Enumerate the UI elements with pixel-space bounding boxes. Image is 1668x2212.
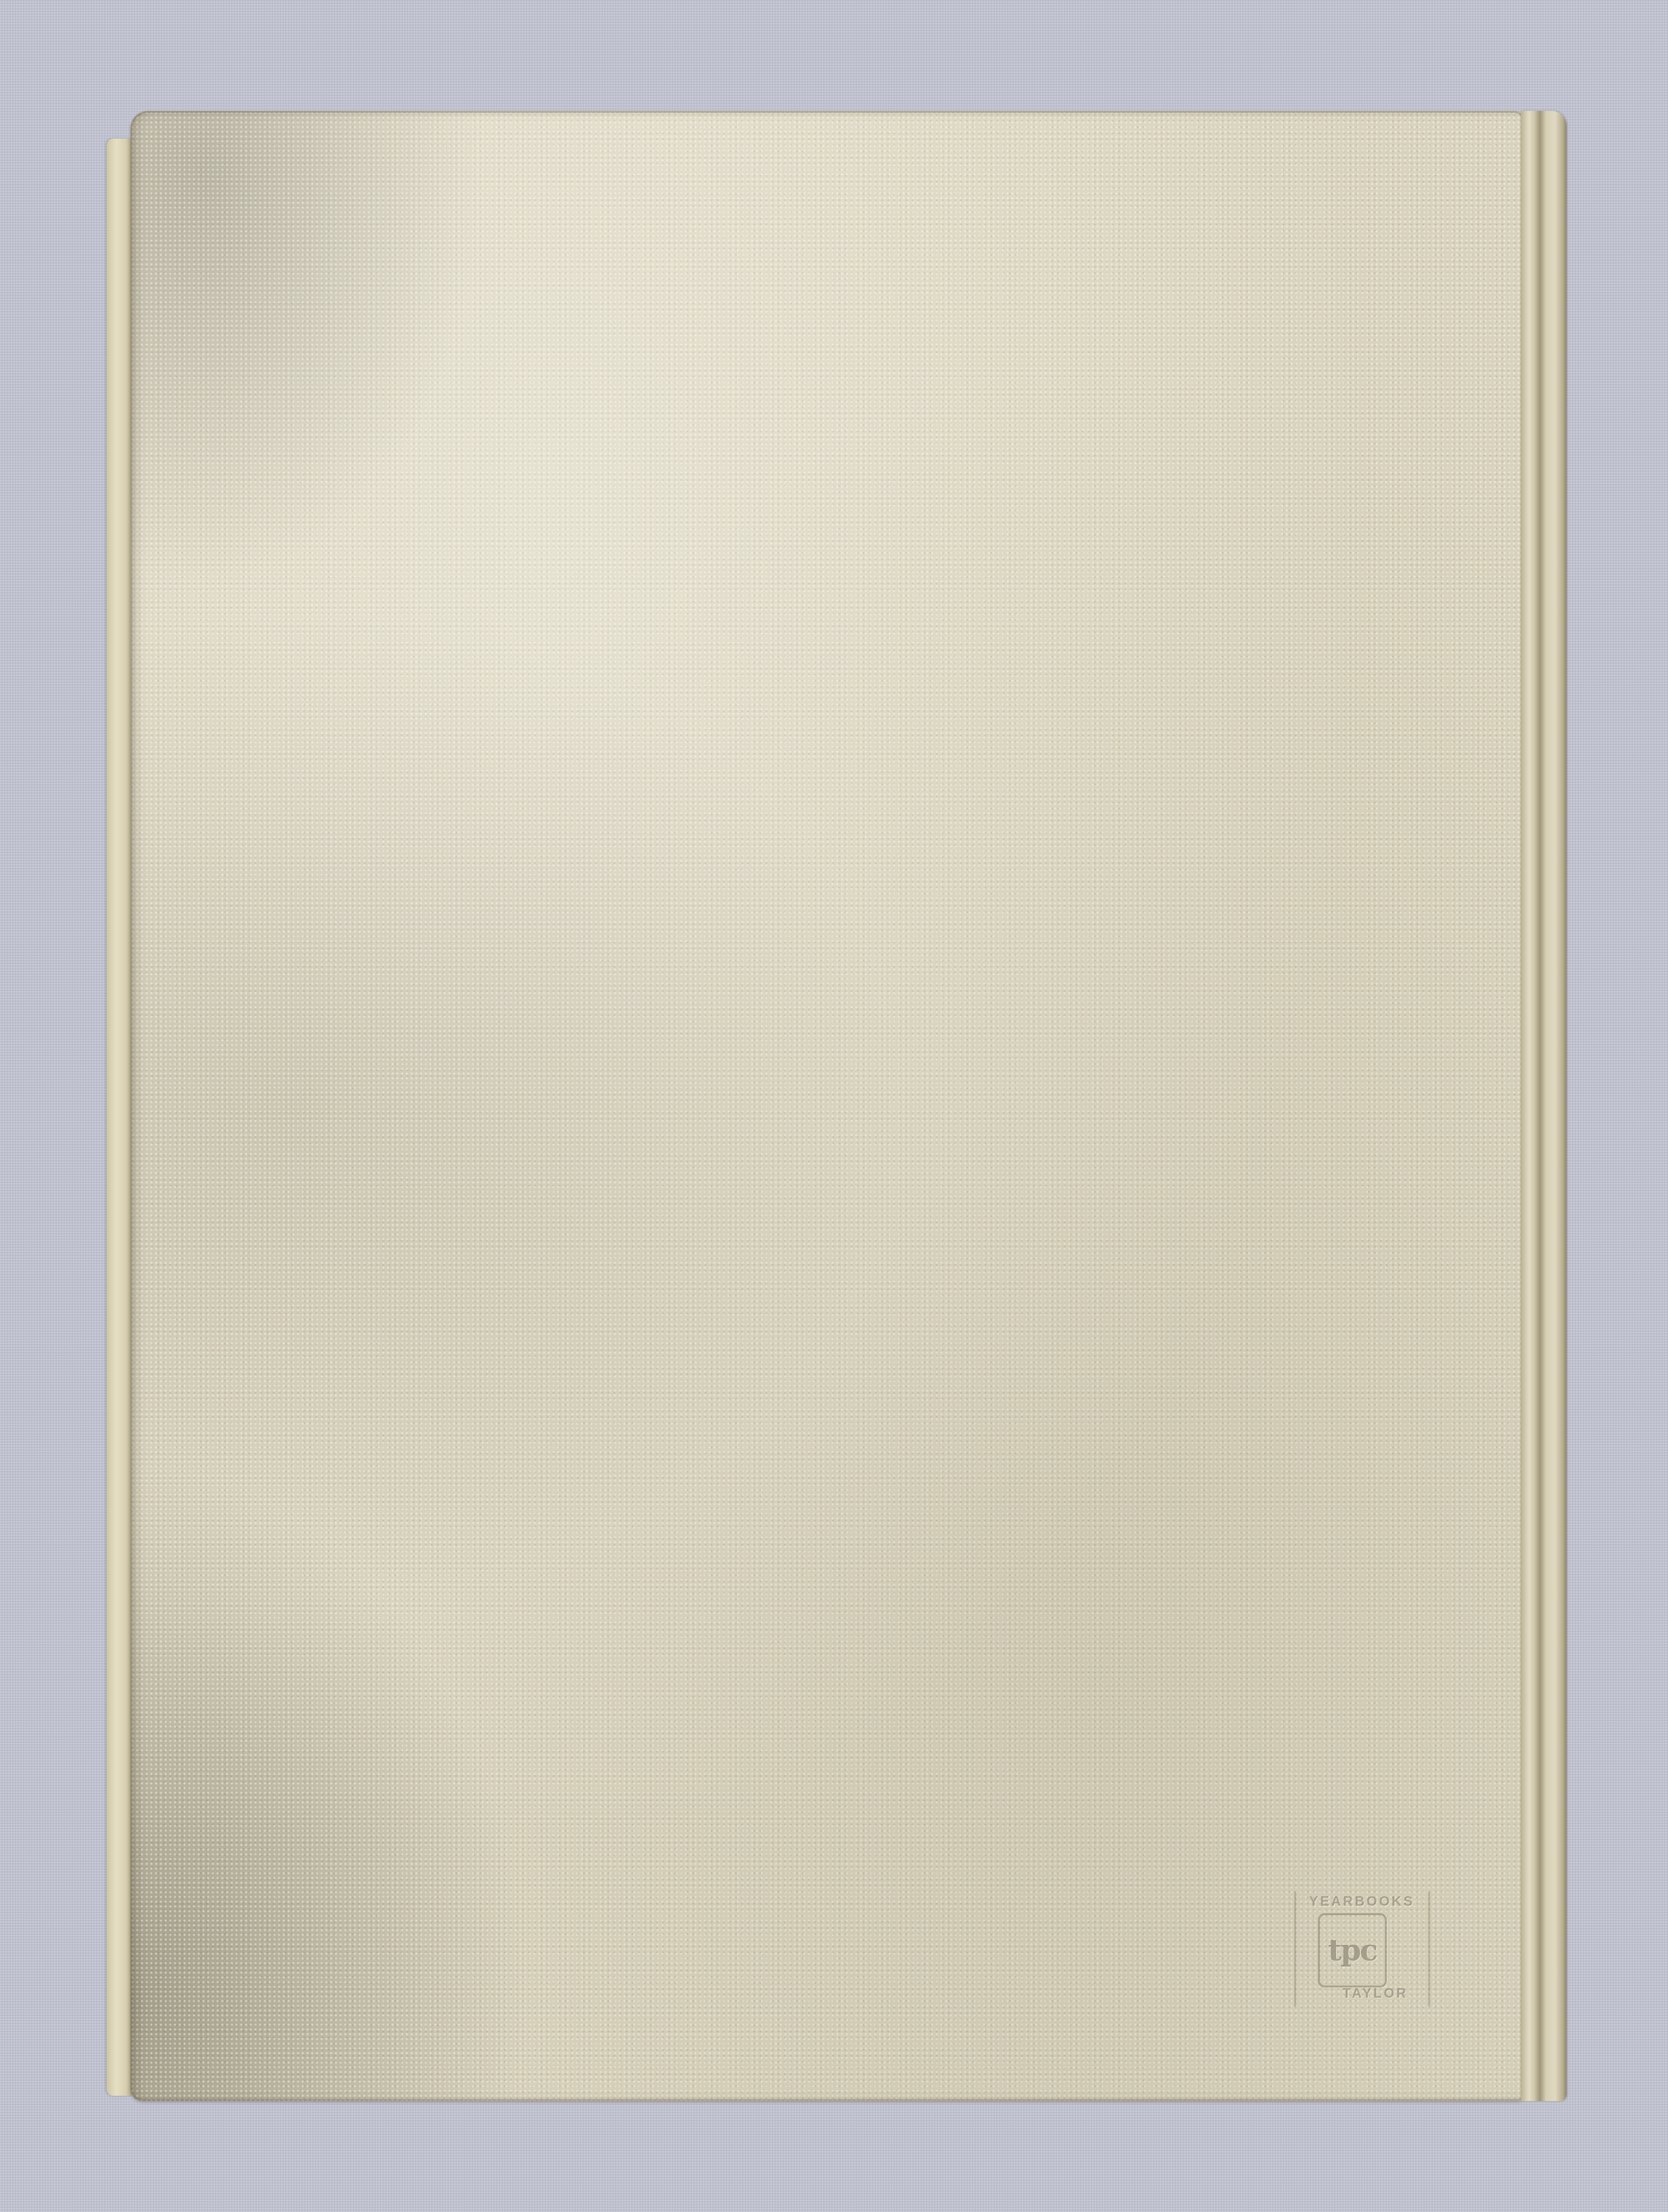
back-cover xyxy=(130,111,1524,2101)
tpc-logo-icon: tpc xyxy=(1318,1913,1387,1988)
spine-edge xyxy=(1521,111,1567,2101)
emboss-bottom-text: TAYLOR xyxy=(1308,1986,1443,2002)
publisher-emboss-mark: YEARBOOKS tpc TAYLOR xyxy=(1294,1892,1429,2013)
yearbook: YEARBOOKS tpc TAYLOR xyxy=(98,108,1568,2102)
emboss-top-text: YEARBOOKS xyxy=(1294,1894,1429,1910)
left-hinge-edge xyxy=(107,139,134,2096)
logo-text: tpc xyxy=(1328,1933,1377,1968)
